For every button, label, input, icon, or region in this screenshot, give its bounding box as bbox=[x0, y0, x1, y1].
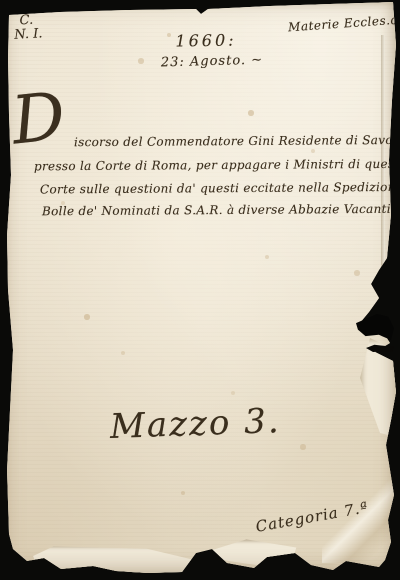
date-heading: 23: Agosto. ~ bbox=[12, 49, 400, 74]
manuscript-paper: C. N. I. Materie Eccles.che 1660: 23: Ag… bbox=[0, 0, 400, 580]
foxing-stains bbox=[0, 0, 2, 2]
bundle-label: Mazzo 3. bbox=[109, 401, 281, 447]
year-heading: 1660: bbox=[6, 28, 400, 54]
title-line-2: presso la Corte di Roma, per appagare i … bbox=[34, 157, 400, 174]
torn-edge-flap-bottom-left bbox=[28, 544, 198, 574]
title-line-1: iscorso del Commendatore Gini Residente … bbox=[74, 133, 400, 149]
calligraphic-initial: D bbox=[9, 83, 69, 154]
title-line-3: Corte sulle questioni da' questi eccitat… bbox=[40, 180, 400, 197]
vertical-fold-crease bbox=[381, 35, 385, 270]
torn-edge-flap-right bbox=[360, 338, 400, 438]
title-line-4: Bolle de' Nominati da S.A.R. à diverse A… bbox=[42, 202, 400, 219]
archive-photo: C. N. I. Materie Eccles.che 1660: 23: Ag… bbox=[0, 0, 400, 580]
torn-edge-flap-bottom-center bbox=[208, 538, 304, 565]
